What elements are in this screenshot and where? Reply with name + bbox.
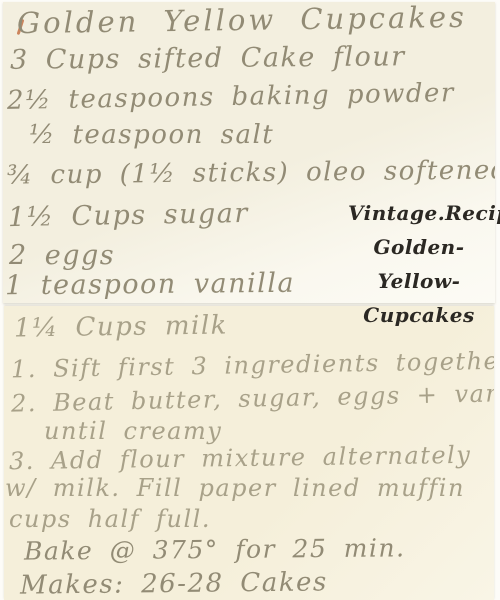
bottom-recipe-card: 1¼ Cups milk 1. Sift first 3 ingredients… — [4, 306, 494, 600]
watermark-recipe-line-2: Cupcakes — [348, 298, 490, 332]
ingredient-line: ¾ cup (1½ sticks) oleo softened — [7, 156, 495, 190]
bake-instruction-line: Bake @ 375° for 25 min. — [24, 534, 406, 565]
direction-line: 1. Sift first 3 ingredients together — [11, 348, 494, 383]
ingredient-line: 1½ Cups sugar — [8, 199, 249, 233]
ingredient-line: 3 Cups sifted Cake flour — [10, 42, 406, 75]
direction-line: cups half full. — [9, 506, 211, 532]
watermark-recipe-line-1: Golden-Yellow- — [348, 230, 490, 298]
direction-line: until creamy — [44, 418, 222, 444]
direction-line: 3. Add flour mixture alternately — [9, 442, 472, 475]
watermark-site-line: Vintage.Recipes/ — [348, 196, 490, 230]
recipe-photo-page: Golden Yellow Cupcakes 3 Cups sifted Cak… — [0, 0, 500, 600]
ingredient-line: 1¼ Cups milk — [14, 312, 228, 344]
yield-line: Makes: 26-28 Cakes — [20, 568, 328, 600]
watermark: Vintage.Recipes/ Golden-Yellow- Cupcakes — [348, 196, 490, 332]
ingredient-line: 2½ teaspoons baking powder — [7, 79, 455, 115]
direction-line: w/ milk. Fill paper lined muffin — [5, 475, 465, 501]
ingredient-line: 2 eggs — [9, 241, 115, 271]
ingredient-line: 1 teaspoon vanilla — [5, 269, 295, 301]
ingredient-line: ½ teaspoon salt — [29, 121, 274, 150]
recipe-title: Golden Yellow Cupcakes — [17, 2, 467, 40]
direction-line: 2. Beat butter, sugar, eggs + vanilla — [11, 379, 494, 417]
